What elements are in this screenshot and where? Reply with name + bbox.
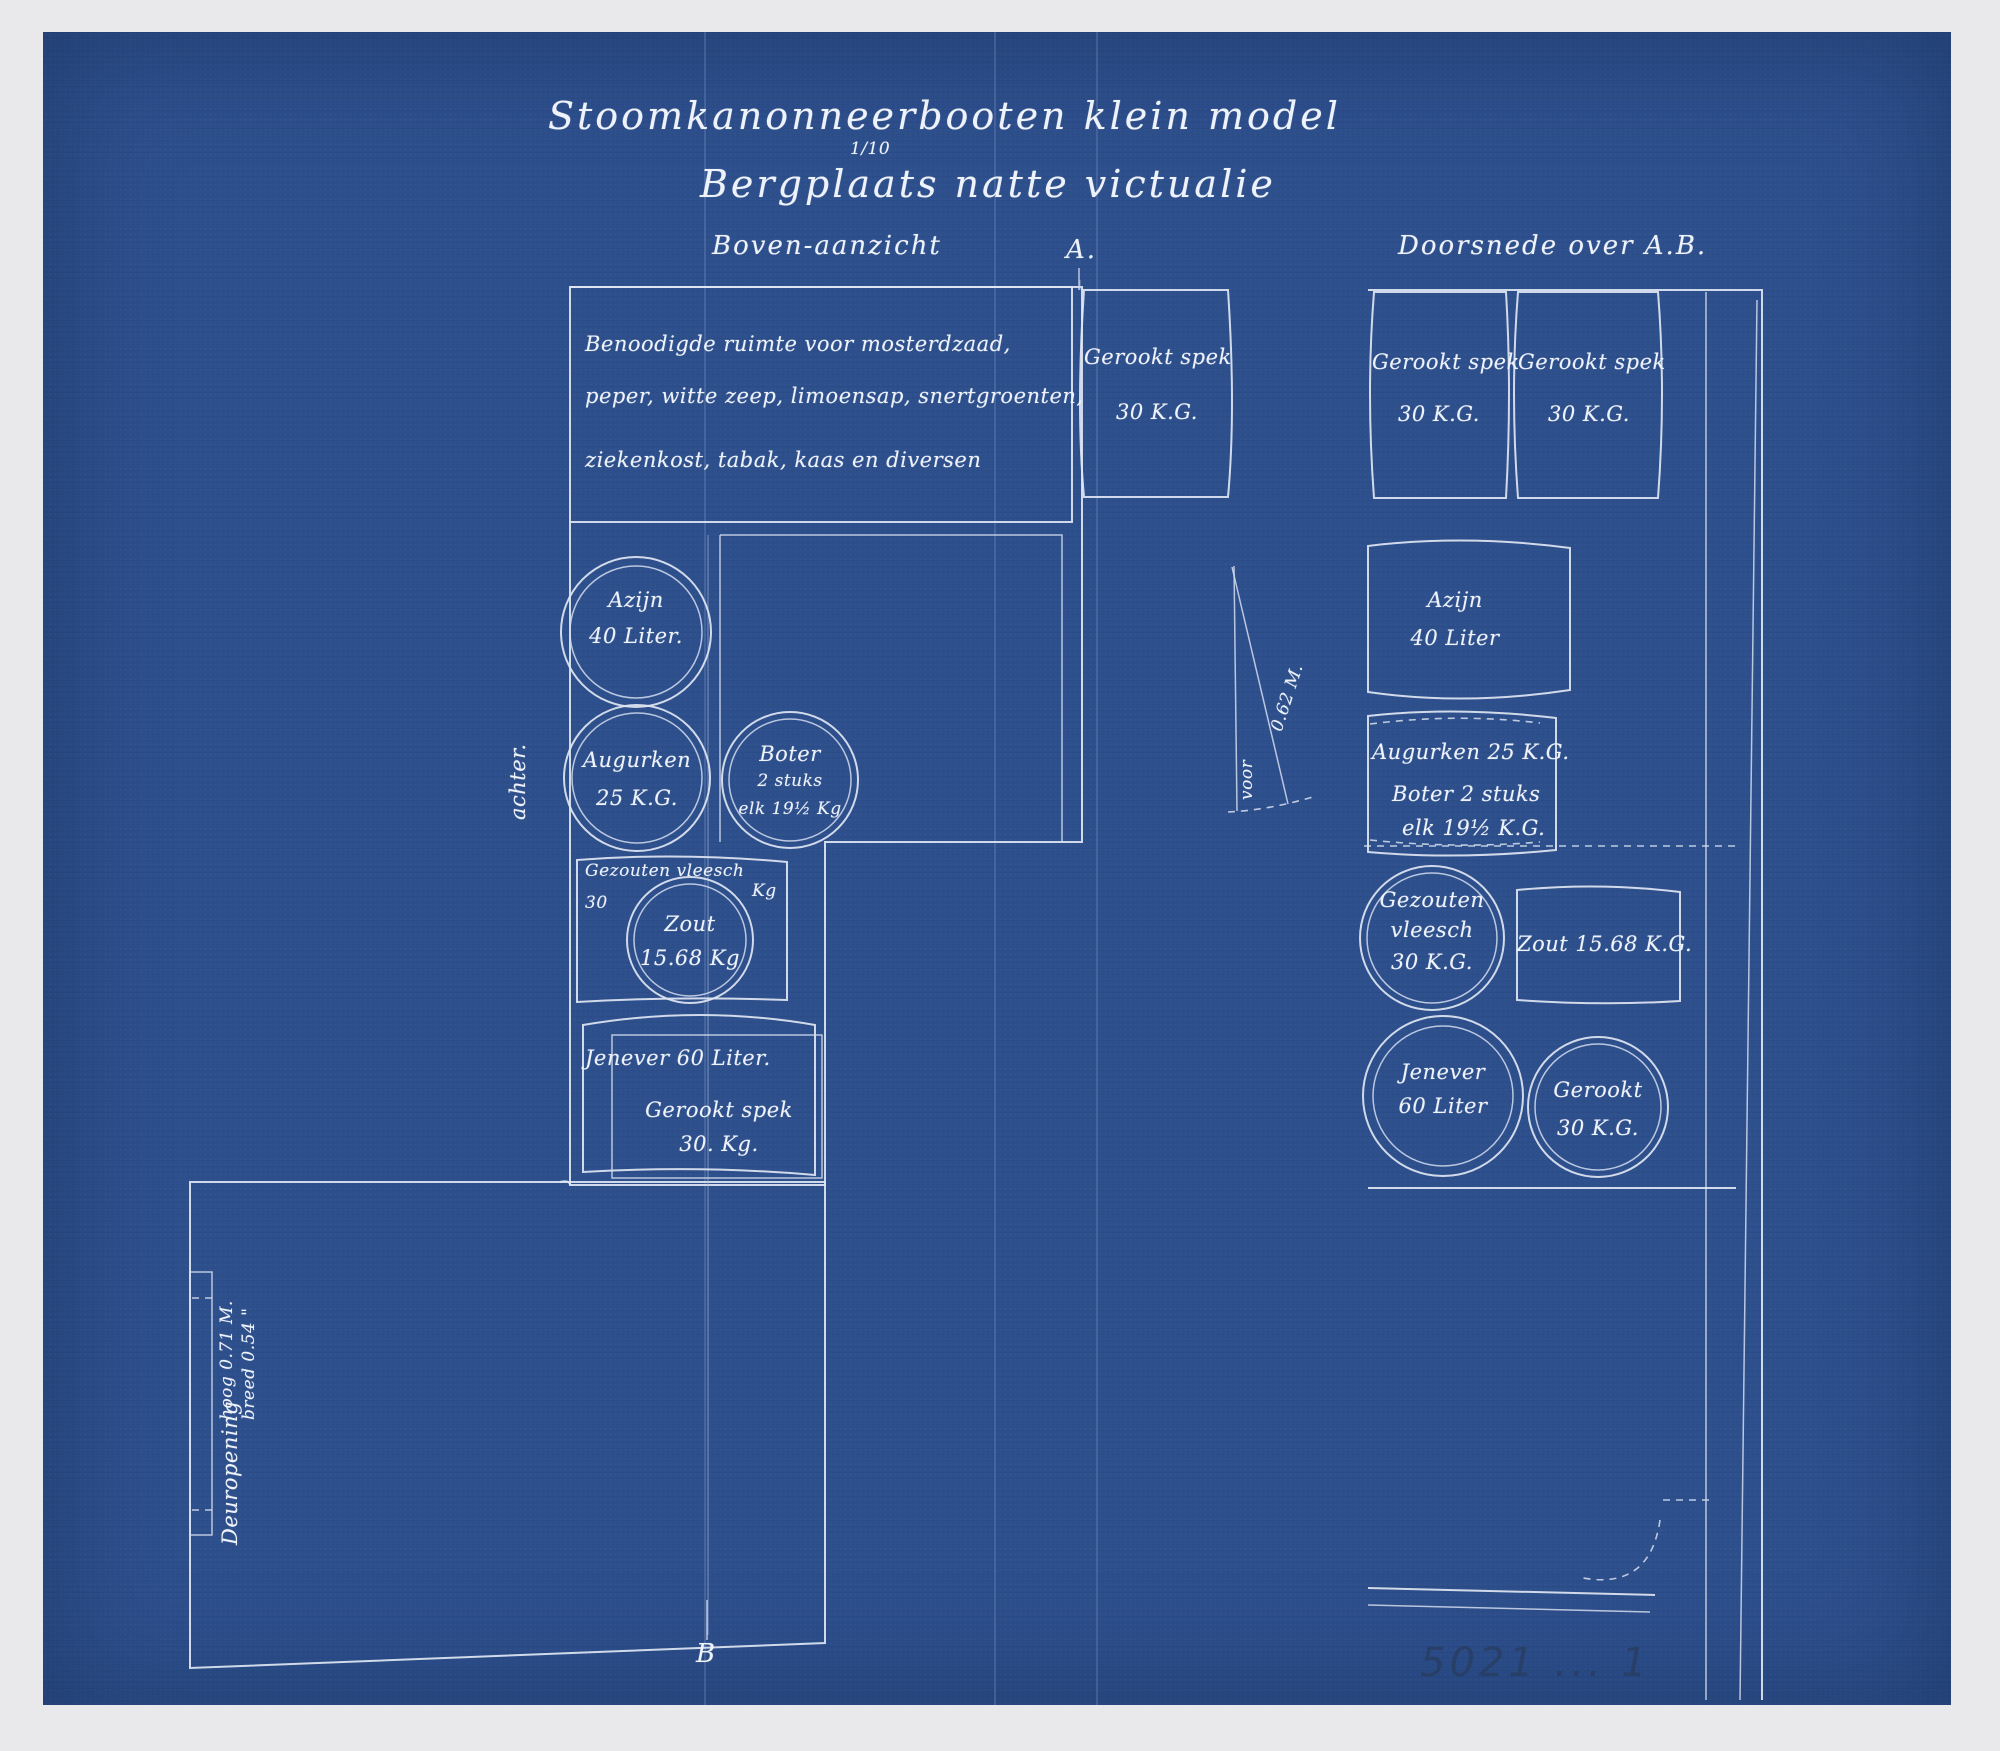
section-vinegar-name: Azijn (1380, 588, 1530, 612)
storage-note-line3: ziekenkost, tabak, kaas en diversen (585, 448, 981, 472)
gherkins-qty: 25 K.G. (572, 786, 702, 810)
section-marker-a: A. (1066, 236, 1097, 266)
archive-stamp: 5021 ... 1 (1420, 1640, 1651, 1686)
section-salted-meat-name: Gezouten (1370, 888, 1494, 912)
section-bacon2-name: Gerookt spek (1518, 350, 1660, 374)
gin-label: Jenever 60 Liter. (585, 1046, 771, 1070)
salted-meat-name: Gezouten vleesch (585, 862, 744, 882)
door-width: breed 0.54 " (240, 1308, 260, 1421)
vinegar-name: Azijn (570, 588, 702, 612)
bacon-bottom-name: Gerookt spek (624, 1098, 814, 1122)
section-butter-each: elk 19½ K.G. (1402, 816, 1545, 840)
section-bacon1-qty: 30 K.G. (1372, 402, 1506, 426)
storage-note-line1: Benoodigde ruimte voor mosterdzaad, (585, 332, 1011, 356)
section-smoked-qty: 30 K.G. (1540, 1116, 1656, 1140)
fore-label: voor (1238, 760, 1258, 800)
aft-label: achter. (506, 743, 530, 820)
bacon-bottom-qty: 30. Kg. (624, 1132, 814, 1156)
top-view-title: Boven-aanzicht (712, 232, 942, 262)
butter-each: elk 19½ Kg (728, 800, 852, 820)
butter-name: Boter (728, 742, 852, 766)
section-salted-meat-qty: 30 K.G. (1370, 950, 1494, 974)
blueprint-linework (0, 0, 2000, 1751)
gherkins-name: Augurken (572, 748, 702, 772)
bacon-top-qty: 30 K.G. (1084, 400, 1230, 424)
drawing-subtitle: Bergplaats natte victualie (700, 163, 1276, 207)
section-bacon1-name: Gerookt spek (1372, 350, 1506, 374)
salt-name: Zout (634, 912, 746, 936)
section-gin-qty: 60 Liter (1380, 1094, 1506, 1118)
section-gherkins: Augurken 25 K.G. (1372, 740, 1570, 764)
scale-label: 1/10 (850, 140, 890, 160)
butter-qty: 2 stuks (728, 772, 852, 792)
section-salted-meat-name2: vleesch (1370, 918, 1494, 942)
section-butter: Boter 2 stuks (1392, 782, 1540, 806)
vinegar-qty: 40 Liter. (570, 624, 702, 648)
section-bacon2-qty: 30 K.G. (1518, 402, 1660, 426)
salted-meat-qty: 30 (585, 894, 608, 914)
salted-meat-unit: Kg (752, 882, 777, 902)
storage-note-line2: peper, witte zeep, limoensap, snertgroen… (585, 384, 1084, 408)
salt-qty: 15.68 Kg (634, 946, 746, 970)
section-smoked-name: Gerookt (1540, 1078, 1656, 1102)
section-gin-name: Jenever (1380, 1060, 1506, 1084)
section-vinegar-qty: 40 Liter (1380, 626, 1530, 650)
section-marker-b: B (696, 1640, 717, 1670)
drawing-title: Stoomkanonneerbooten klein model (548, 95, 1341, 139)
door-height: hoog 0.71 M. (218, 1300, 238, 1420)
bacon-top-name: Gerookt spek (1084, 345, 1230, 369)
section-view-title: Doorsnede over A.B. (1398, 232, 1707, 262)
section-salt: Zout 15.68 K.G. (1517, 932, 1682, 956)
door-label: Deuropening (218, 1401, 242, 1545)
